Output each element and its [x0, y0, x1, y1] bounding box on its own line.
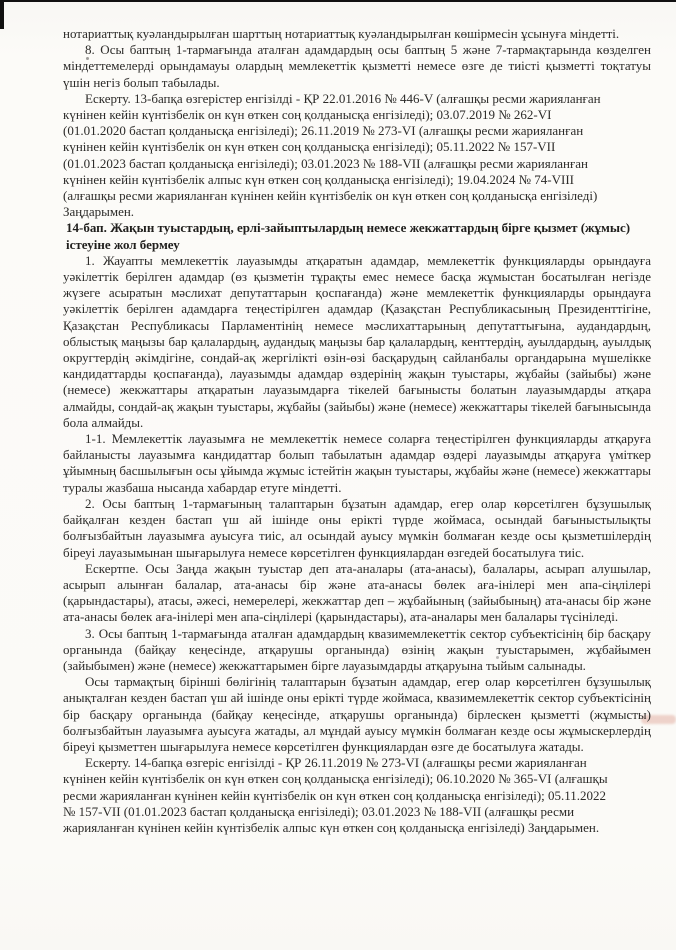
amendment-note-line: Заңдарымен.: [63, 204, 651, 220]
scan-edge-left: [0, 0, 4, 29]
body-paragraph: нотариаттық куәландырылған шарттың нотар…: [63, 26, 651, 42]
body-paragraph: Ескертпе. Осы Заңда жақын туыстар деп ат…: [63, 561, 651, 626]
amendment-note-line: Ескерту. 14-бапқа өзгеріс енгізілді - ҚР…: [63, 755, 651, 771]
body-paragraph: Осы тармақтың бірінші бөлігінің талаптар…: [63, 674, 651, 755]
amendment-note-block: Ескерту. 13-бапқа өзгерістер енгізілді -…: [63, 91, 651, 221]
amendment-note-line: жарияланған күнінен кейін күнтізбелік ал…: [63, 820, 651, 836]
body-paragraph: 1. Жауапты мемлекеттік лауазымды атқарат…: [63, 253, 651, 431]
document-content: нотариаттық куәландырылған шарттың нотар…: [63, 26, 651, 836]
amendment-note-line: (01.01.2020 бастап қолданысқа енгізіледі…: [63, 123, 651, 139]
amendment-note-line: күнінен кейін күнтізбелік он күн өткен с…: [63, 139, 651, 155]
amendment-note-line: № 157-VII (01.01.2023 бастап қолданысқа …: [63, 804, 651, 820]
amendment-note-line: күнінен кейін күнтізбелік он күн өткен с…: [63, 107, 651, 123]
article-heading: 14-бап. Жақын туыстардың, ерлі-зайыптыла…: [63, 220, 651, 252]
body-paragraph: 8. Осы баптың 1-тармағында аталған адамд…: [63, 42, 651, 91]
amendment-note-line: ресми жарияланған күнінен кейін күнтізбе…: [63, 788, 651, 804]
body-paragraph: 1-1. Мемлекеттік лауазымға не мемлекетті…: [63, 431, 651, 496]
scanned-document-page: нотариаттық куәландырылған шарттың нотар…: [0, 0, 676, 950]
amendment-note-line: Ескерту. 13-бапқа өзгерістер енгізілді -…: [63, 91, 651, 107]
body-paragraph: 2. Осы баптың 1-тармағының талаптарын бұ…: [63, 496, 651, 561]
body-paragraph: 3. Осы баптың 1-тармағында аталған адамд…: [63, 626, 651, 675]
amendment-note-line: (01.01.2023 бастап қолданысқа енгізіледі…: [63, 156, 651, 172]
amendment-note-line: күнінен кейін күнтізбелік он күн өткен с…: [63, 771, 651, 787]
amendment-note-block: Ескерту. 14-бапқа өзгеріс енгізілді - ҚР…: [63, 755, 651, 836]
scan-edge-top: [0, 0, 676, 2]
amendment-note-line: (алғашқы ресми жарияланған күнінен кейін…: [63, 188, 651, 204]
amendment-note-line: күнінен кейін күнтізбелік алпыс күн өтке…: [63, 172, 651, 188]
